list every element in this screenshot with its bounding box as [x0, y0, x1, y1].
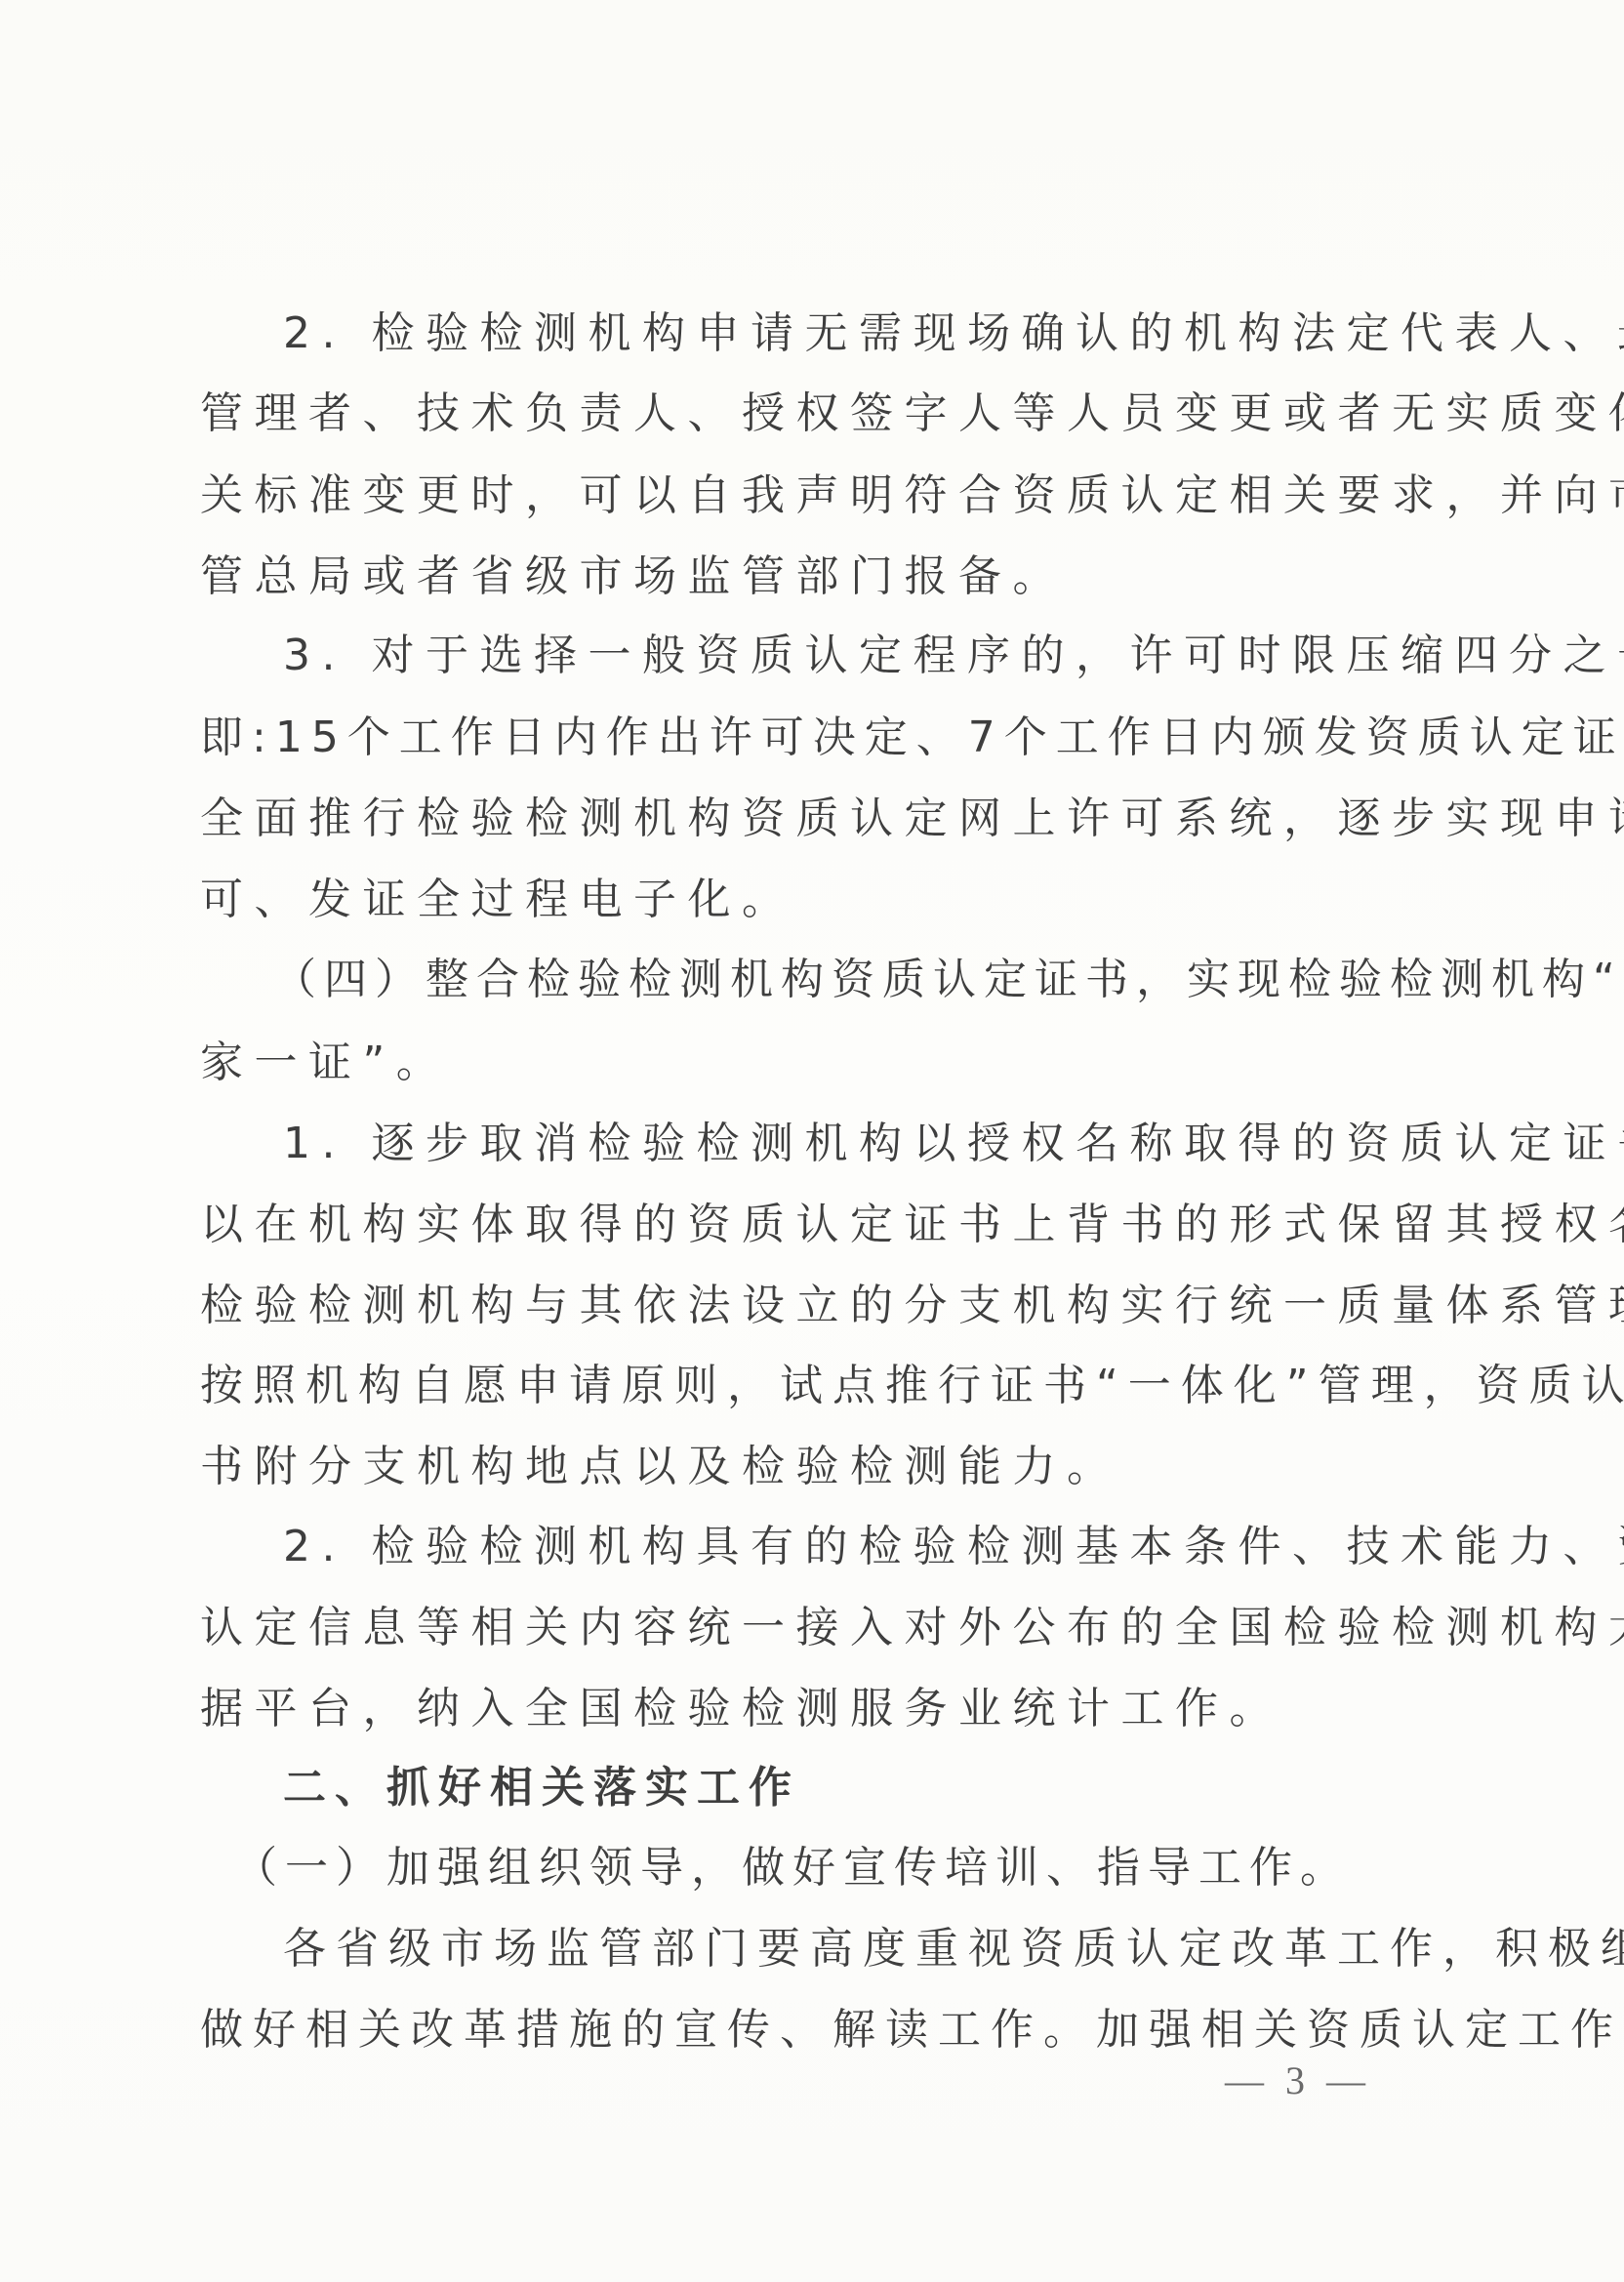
paragraph-line: 管总局或者省级市场监管部门报备。 — [200, 548, 1420, 606]
page-number: — 3 — — [1225, 2058, 1371, 2103]
paragraph-line: 各省级市场监管部门要高度重视资质认定改革工作，积极组织 — [283, 1920, 1420, 1978]
paragraph-line: 以在机构实体取得的资质认定证书上背书的形式保留其授权名称; — [200, 1196, 1420, 1254]
paragraph-line: 2. 检验检测机构申请无需现场确认的机构法定代表人、最高 — [283, 305, 1420, 363]
paragraph-line: 3. 对于选择一般资质认定程序的，许可时限压缩四分之一， — [283, 627, 1420, 685]
paragraph-line: 检验检测机构与其依法设立的分支机构实行统一质量体系管理的， — [200, 1277, 1420, 1335]
paragraph-line: 按照机构自愿申请原则，试点推行证书“一体化”管理，资质认定证 — [200, 1357, 1420, 1415]
section-heading-line: 家一证”。 — [200, 1034, 1420, 1092]
section-heading: （一）加强组织领导，做好宣传培训、指导工作。 — [234, 1839, 1454, 1897]
paragraph-line: 书附分支机构地点以及检验检测能力。 — [200, 1438, 1420, 1496]
paragraph-line: 认定信息等相关内容统一接入对外公布的全国检验检测机构大数 — [200, 1599, 1420, 1657]
paragraph-line: 全面推行检验检测机构资质认定网上许可系统，逐步实现申请、许 — [200, 790, 1420, 848]
paragraph-line: 做好相关改革措施的宣传、解读工作。加强相关资质认定工作人员 — [200, 2001, 1420, 2059]
paragraph-line: 1. 逐步取消检验检测机构以授权名称取得的资质认定证书， — [283, 1115, 1420, 1173]
paragraph-line: 2. 检验检测机构具有的检验检测基本条件、技术能力、资质 — [283, 1518, 1420, 1576]
paragraph-line: 据平台，纳入全国检验检测服务业统计工作。 — [200, 1680, 1420, 1738]
chapter-heading: 二、抓好相关落实工作 — [283, 1759, 1503, 1817]
document-page: 2. 检验检测机构申请无需现场确认的机构法定代表人、最高 管理者、技术负责人、授… — [0, 0, 1624, 2282]
paragraph-line: 即:15个工作日内作出许可决定、7个工作日内颁发资质认定证书; — [200, 709, 1420, 767]
paragraph-line: 可、发证全过程电子化。 — [200, 871, 1420, 929]
section-heading-line: （四）整合检验检测机构资质认定证书，实现检验检测机构“一 — [273, 951, 1493, 1009]
paragraph-line: 关标准变更时，可以自我声明符合资质认定相关要求，并向市场监 — [200, 467, 1420, 525]
paragraph-line: 管理者、技术负责人、授权签字人等人员变更或者无实质变化的有 — [200, 385, 1420, 443]
